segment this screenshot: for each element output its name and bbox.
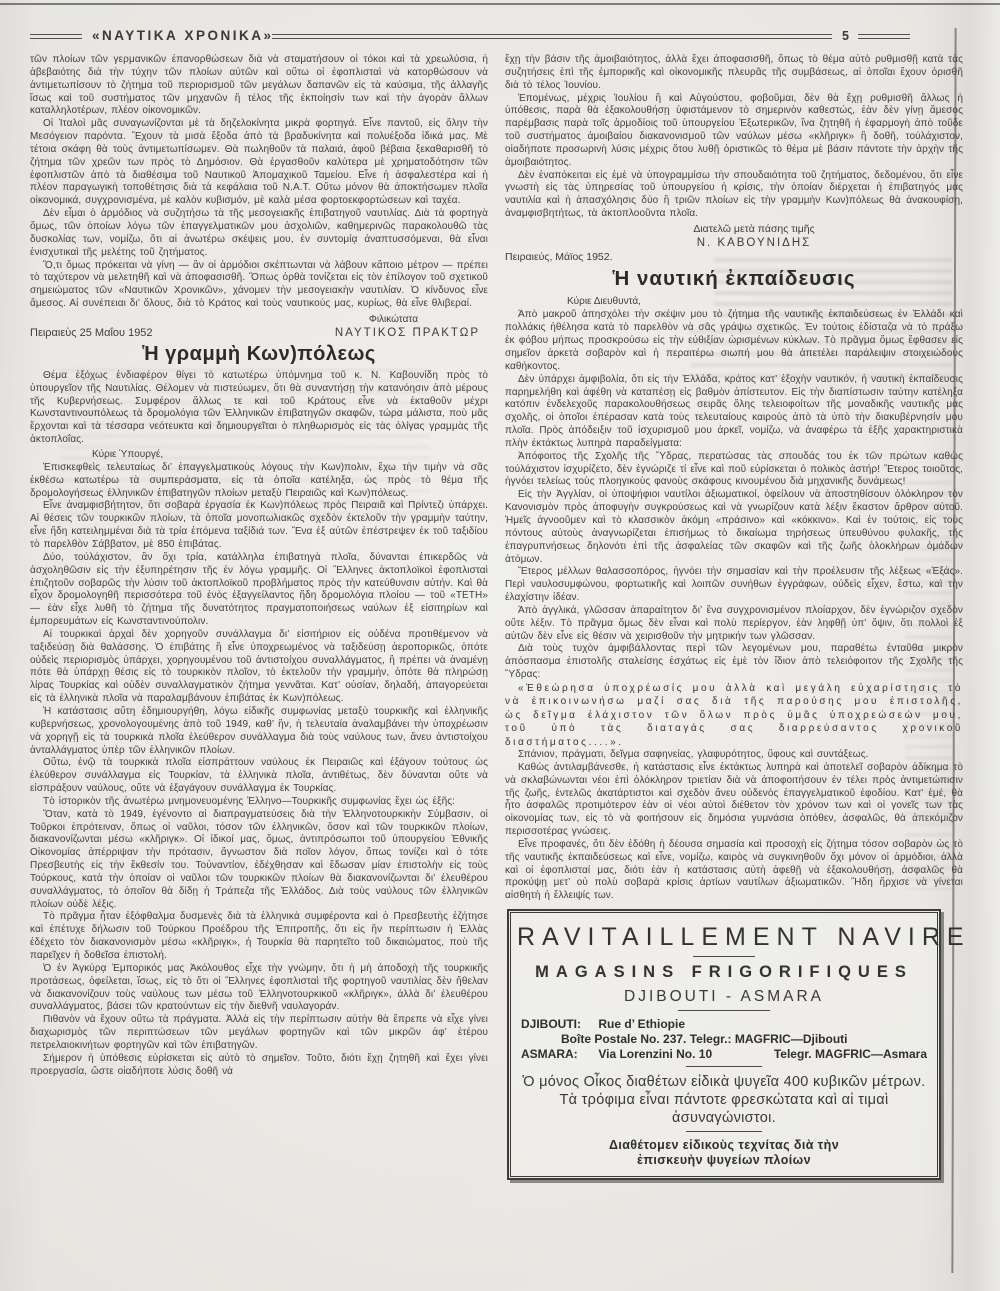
ad-address-value: Rue d’ Ethiopie	[598, 1017, 685, 1031]
letter-closing: Φιλικώτατα	[30, 313, 488, 326]
body-paragraph: Διὰ τοὺς τυχὸν ἀμφιβάλλοντας περὶ τῶν λε…	[505, 643, 963, 682]
ad-address-djibouti-postal: Boîte Postale No. 237. Telegr.: MAGFRIC—…	[561, 1032, 931, 1047]
body-paragraph: Αἱ τουρκικαὶ ἀρχαὶ δὲν χορηγοῦν συνάλλαγ…	[30, 629, 488, 706]
body-paragraph: Δὲν ἐναπόκειται εἰς ἐμὲ νὰ ὑπογραμμίσω τ…	[505, 170, 963, 221]
body-paragraph: Εἶνε προφανές, ὅτι δὲν ἐδόθη ἡ δέουσα ση…	[505, 839, 963, 903]
text-columns: τῶν πλοίων τῶν γερμανικῶν ἐπανορθώσεων δ…	[30, 54, 964, 1269]
dateline: Πειραιεύς, Μάϊος 1952.	[505, 250, 963, 264]
letter-closing: Διατελῶ μετὰ πάσης τιμῆς	[505, 223, 963, 237]
masthead-rule-right	[858, 34, 910, 39]
body-paragraph: Εἰς τὴν Ἀγγλίαν, οἱ ὑποψήφιοι ναυτίλοι ἀ…	[505, 489, 963, 566]
body-paragraph: Ἐπισκεφθεὶς τελευταίως δι’ ἐπαγγελματικο…	[30, 462, 488, 501]
ad-address-label: DJIBOUTI:	[521, 1017, 595, 1032]
body-paragraph: Πιθανὸν νὰ ἔχουν οὕτω τὰ πράγματα. Ἀλλὰ …	[30, 1014, 488, 1053]
letter-paragraphs: Ἐπισκεφθεὶς τελευταίως δι’ ἐπαγγελματικο…	[30, 462, 488, 1079]
signature: Ν. ΚΑΒΟΥΝΙΔΗΣ	[505, 236, 963, 250]
ad-address-asmara: ASMARA: Via Lorenzini No. 10 Telegr. MAG…	[521, 1047, 931, 1062]
ad-body-text: Ὁ μόνος Οἶκος διαθέτων εἰδικὰ ψυγεῖα 400…	[517, 1073, 931, 1127]
publication-title: «ΝΑΥΤΙΚΑ ΧΡΟΝΙΚΑ»	[92, 28, 274, 43]
article-lead: Θέμα ἐξόχως ἐνδιαφέρον θίγει τὸ κατωτέρω…	[30, 370, 488, 447]
article-paragraphs: Ἀπὸ μακροῦ ἀπησχόλει τὴν σκέψιν μου τὸ ζ…	[505, 309, 963, 681]
body-paragraph: Ὁ ἐν Ἀγκύρᾳ Ἐμπορικός μας Ἀκόλουθος εἶχε…	[30, 963, 488, 1014]
ad-divider	[686, 1131, 762, 1132]
body-paragraph: τῶν πλοίων τῶν γερμανικῶν ἐπανορθώσεων δ…	[30, 54, 488, 118]
masthead-rule-left	[30, 34, 82, 39]
salutation: Κύριε Ὑπουργέ,	[30, 448, 488, 461]
dateline: Πειραιεὺς 25 Μαΐου 1952	[30, 326, 153, 340]
column-left: τῶν πλοίων τῶν γερμανικῶν ἐπανορθώσεων δ…	[30, 54, 488, 1264]
ad-subtitle: MAGASINS FRIGORIFIQUES	[517, 963, 931, 982]
body-paragraph: Ἀπὸ ἀγγλικά, γλῶσσαν ἀπαραίτητον δι’ ἕνα…	[505, 605, 963, 644]
intro-paragraphs: Οἱ Ἰταλοὶ μᾶς συναγωνίζονται μὲ τὰ δηζελ…	[30, 118, 488, 311]
body-paragraph: ἔχῃ τὴν βάσιν τῆς ἀμοιβαιότητος, ἀλλὰ ἔχ…	[505, 54, 963, 93]
signoff-block: Φιλικώτατα Πειραιεὺς 25 Μαΐου 1952 ΝΑΥΤΙ…	[30, 313, 488, 340]
body-paragraph: Ἑπομένως, μέχρις Ἰουλίου ἢ καὶ Αὐγούστου…	[505, 93, 963, 170]
article-title-konpoleos: Ἡ γραμμὴ Κων)πόλεως	[30, 343, 488, 366]
masthead-rule-center	[272, 34, 832, 39]
body-paragraph: Ἀπόφοιτος τῆς Σχολῆς τῆς Ὕδρας, περατώσα…	[505, 451, 963, 490]
signoff-block: Διατελῶ μετὰ πάσης τιμῆς Ν. ΚΑΒΟΥΝΙΔΗΣ Π…	[505, 223, 963, 265]
body-paragraph: Ἀπὸ μακροῦ ἀπησχόλει τὴν σκέψιν μου τὸ ζ…	[505, 309, 963, 373]
body-paragraph: Ἕτερος μέλλων θαλασσοπόρος, ἠγνόει τὴν σ…	[505, 566, 963, 605]
body-paragraph: Ὅταν, κατὰ τὸ 1949, ἐγένοντο αἱ διαπραγμ…	[30, 809, 488, 912]
body-paragraph: Δύο, τούλάχιστον, ἂν ὄχι τρία, κατάλληλα…	[30, 552, 488, 629]
article-paragraphs: Σπάνιον, πράγματι, δεῖγμα σαφηνείας, γλα…	[505, 749, 963, 903]
article-title-naval-education: Ἡ ναυτική ἐκπαίδευσις	[505, 267, 963, 291]
page-number: 5	[842, 29, 849, 43]
advertisement-magfric: RAVITAILLEMENT NAVIRES MAGASINS FRIGORIF…	[507, 909, 941, 1180]
body-paragraph: Εἶνε ἀναμφισβήτητον, ὅτι σοβαρὰ ἐργασία …	[30, 500, 488, 551]
ad-footer-line: Διαθέτομεν εἰδικοὺς τεχνίτας διὰ τὴν	[517, 1138, 931, 1153]
body-paragraph: Οἱ Ἰταλοὶ μᾶς συναγωνίζονται μὲ τὰ δηζελ…	[30, 118, 488, 208]
body-paragraph: Ὅ,τι ὅμως πρόκειται νὰ γίνη — ἂν οἱ ἁρμό…	[30, 260, 488, 311]
body-paragraph: Τὸ ἱστορικὸν τῆς ἀνωτέρω μνημονευομένης …	[30, 796, 488, 809]
newspaper-page: «ΝΑΥΤΙΚΑ ΧΡΟΝΙΚΑ» 5 τῶν πλοίων τῶν γερμα…	[0, 0, 1000, 1291]
letter-quote: «Ἐθεώρησα ὑποχρέωσίς μου ἀλλὰ καὶ μεγάλη…	[505, 682, 963, 749]
scan-edge-top	[0, 3, 1000, 5]
body-paragraph: Σήμερον ἡ ὑπόθεσις εὑρίσκεται εἰς αὐτὸ τ…	[30, 1053, 488, 1079]
ad-address-value: Via Lorenzini No. 10	[598, 1047, 712, 1061]
ad-divider	[686, 1066, 762, 1067]
body-paragraph: Δὲν εἶμαι ὁ ἁρμόδιος νὰ συζητήσω τὰ τῆς …	[30, 208, 488, 259]
body-paragraph: Ἡ κατάστασις αὕτη ἐδημιουργήθη, λόγω εἰδ…	[30, 706, 488, 757]
ad-address-djibouti: DJIBOUTI: Rue d’ Ethiopie	[521, 1017, 931, 1032]
ad-cities: DJIBOUTI - ASMARA	[517, 988, 931, 1006]
column-right: ἔχῃ τὴν βάσιν τῆς ἀμοιβαιότητος, ἀλλὰ ἔχ…	[505, 54, 963, 1269]
ad-title: RAVITAILLEMENT NAVIRES	[517, 923, 931, 952]
body-paragraph: Σπάνιον, πράγματι, δεῖγμα σαφηνείας, γλα…	[505, 749, 963, 762]
salutation: Κύριε Διευθυντά,	[505, 295, 963, 308]
ad-address-label: ASMARA:	[521, 1047, 595, 1062]
ad-address-telegr: Telegr. MAGFRIC—Asmara	[774, 1047, 927, 1062]
body-paragraph: Οὕτω, ἐνῷ τὰ τουρκικὰ πλοῖα εἰσπράττουν …	[30, 757, 488, 796]
body-paragraph: Τὸ πρᾶγμα ἦταν ἐξόφθαλμα δυσμενὲς διὰ τὰ…	[30, 911, 488, 962]
ad-divider	[693, 956, 755, 957]
ad-divider	[678, 1010, 770, 1011]
ad-footer-text: Διαθέτομεν εἰδικοὺς τεχνίτας διὰ τὴν ἐπι…	[517, 1138, 931, 1168]
body-paragraph: Καθὼς ἀντιλαμβάνεσθε, ἡ κατάστασις εἶνε …	[505, 762, 963, 839]
ad-footer-line: ἐπισκευὴν ψυγείων πλοίων	[517, 1153, 931, 1168]
body-paragraph: Δὲν ὑπάρχει ἀμφιβολία, ὅτι εἰς τὴν Ἑλλάδ…	[505, 374, 963, 451]
signature: ΝΑΥΤΙΚΟΣ ΠΡΑΚΤΩΡ	[335, 326, 488, 340]
continuation-paragraphs: ἔχῃ τὴν βάσιν τῆς ἀμοιβαιότητος, ἀλλὰ ἔχ…	[505, 54, 963, 221]
masthead: «ΝΑΥΤΙΚΑ ΧΡΟΝΙΚΑ» 5	[30, 28, 935, 46]
